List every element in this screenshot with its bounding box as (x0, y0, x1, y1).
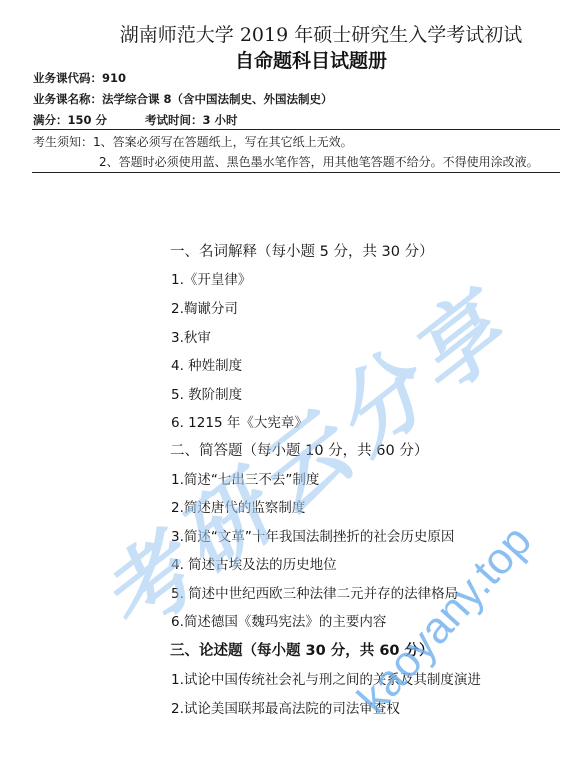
notice-item: 1、答案必须写在答题纸上，写在其它纸上无效。 (93, 135, 353, 149)
question-item: 3.简述“文革”十年我国法制挫折的社会历史原因 (171, 525, 454, 545)
question-item: 6. 1215 年《大宪章》 (171, 411, 308, 431)
question-item: 3.秋审 (171, 326, 211, 346)
notice-row-1: 考生须知：1、答案必须写在答题纸上，写在其它纸上无效。 (33, 133, 353, 150)
question-item: 1.《开皇律》 (171, 268, 251, 288)
question-item: 2.鞫谳分司 (171, 297, 238, 317)
full-score: 满分：150 分 (33, 112, 145, 128)
course-name: 业务课名称：法学综合课 8（含中国法制史、外国法制史） (33, 91, 333, 107)
question-item: 6.简述德国《魏玛宪法》的主要内容 (171, 610, 386, 630)
question-item: 5. 简述中世纪西欧三种法律二元并存的法律格局 (171, 582, 458, 602)
exam-page: 湖南师范大学 2019 年硕士研究生入学考试初试 自命题科目试题册 业务课代码：… (0, 0, 580, 776)
score-time-row: 满分：150 分考试时间：3 小时 (33, 112, 238, 128)
question-item: 2.简述唐代的监察制度 (171, 496, 305, 516)
exam-title: 湖南师范大学 2019 年硕士研究生入学考试初试 (0, 20, 580, 47)
exam-subtitle: 自命题科目试题册 (0, 46, 580, 73)
divider-bottom (32, 172, 560, 173)
question-item: 1.试论中国传统社会礼与刑之间的关系及其制度演进 (171, 668, 481, 688)
notice-label: 考生须知： (33, 135, 93, 149)
question-item: 2.试论美国联邦最高法院的司法审查权 (171, 697, 400, 717)
section-heading: 二、简答题（每小题 10 分，共 60 分） (170, 439, 428, 460)
divider-top (32, 129, 560, 130)
section-heading: 一、名词解释（每小题 5 分，共 30 分） (170, 240, 434, 261)
question-item: 5. 教阶制度 (171, 383, 242, 403)
question-item: 4. 简述古埃及法的历史地位 (171, 553, 337, 573)
exam-time: 考试时间：3 小时 (145, 113, 238, 127)
question-item: 1.简述“七出三不去”制度 (171, 468, 319, 488)
course-code: 业务课代码：910 (33, 70, 126, 86)
section-heading: 三、论述题（每小题 30 分，共 60 分） (170, 639, 434, 660)
notice-item: 2、答题时必须使用蓝、黑色墨水笔作答，用其他笔答题不给分。不得使用涂改液。 (99, 153, 539, 170)
question-item: 4. 种姓制度 (171, 354, 242, 374)
